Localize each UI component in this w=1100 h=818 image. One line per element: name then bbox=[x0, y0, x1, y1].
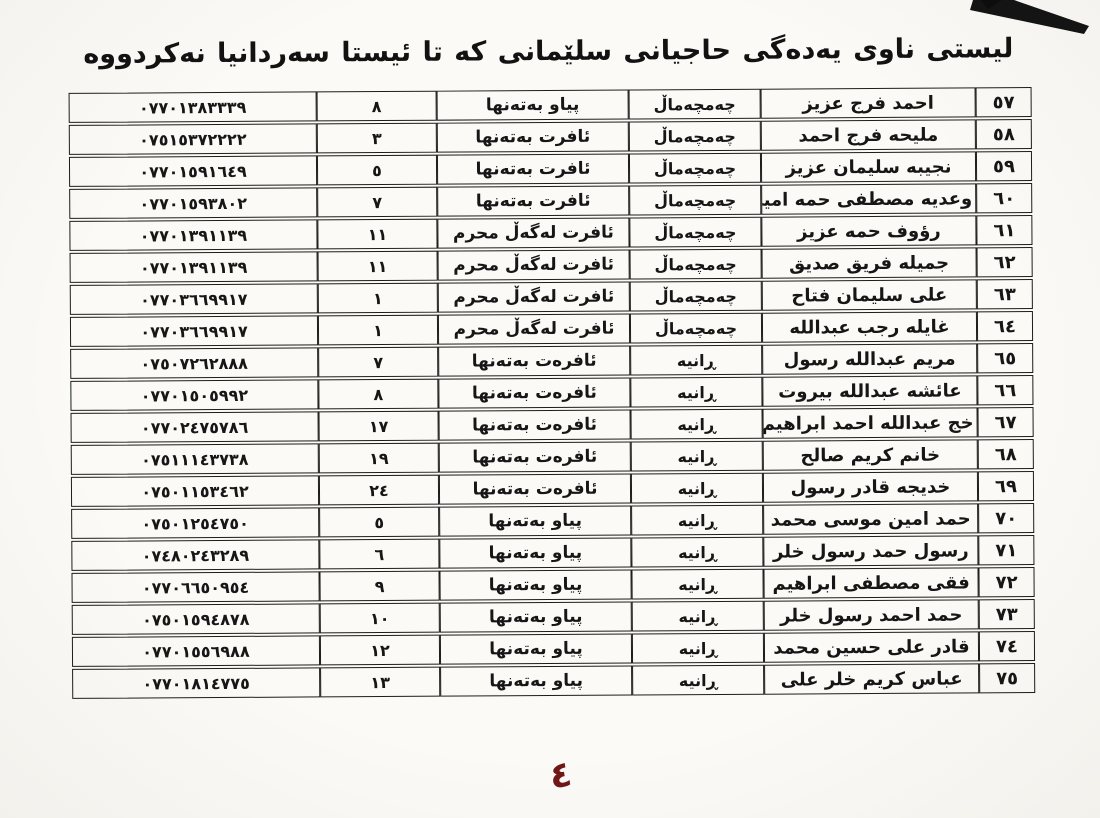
name-cell: خج عبدالله احمد ابراهیم bbox=[763, 407, 978, 438]
phone-cell: ٠٧٥٠٧٢٦٢٨٨٨ bbox=[70, 347, 318, 379]
name-cell: قادر علی حسین محمد bbox=[764, 631, 979, 662]
count-cell: ٣ bbox=[317, 123, 437, 154]
count-cell: ٨ bbox=[317, 91, 437, 122]
name-cell: غایله رجب عبدالله bbox=[762, 311, 977, 342]
table-row: ٧١رسول حمد رسول خلرڕانیەپیاو بەتەنها٦٠٧٤… bbox=[71, 535, 1034, 571]
name-cell: خانم کریم صالح bbox=[763, 439, 978, 470]
row-number-cell: ٥٨ bbox=[976, 119, 1032, 149]
row-number-cell: ٦٢ bbox=[977, 247, 1033, 277]
status-cell: پیاو بەتەنها bbox=[440, 634, 632, 665]
table-row: ٦٢جمیله فریق صدیقچەمچەماڵئافرت لەگەڵ محر… bbox=[70, 247, 1033, 283]
table-row: ٧٣حمد احمد رسول خلرڕانیەپیاو بەتەنها١٠٠٧… bbox=[72, 599, 1035, 635]
table-row: ٦٣علی سلیمان فتاحچەمچەماڵئافرت لەگەڵ محر… bbox=[70, 279, 1033, 315]
name-cell: حمد امین موسی محمد bbox=[763, 503, 978, 534]
count-cell: ١٩ bbox=[319, 443, 439, 474]
name-cell: رسول حمد رسول خلر bbox=[763, 535, 978, 566]
table-row: ٦٨خانم کریم صالحڕانیەئافرەت بەتەنها١٩٠٧٥… bbox=[71, 439, 1034, 475]
city-cell: ڕانیە bbox=[631, 441, 763, 472]
row-number-cell: ٦٨ bbox=[978, 439, 1034, 469]
status-cell: پیاو بەتەنها bbox=[439, 538, 631, 569]
name-cell: مریم عبدالله رسول bbox=[762, 343, 977, 374]
row-number-cell: ٧١ bbox=[978, 535, 1034, 565]
city-cell: ڕانیە bbox=[632, 601, 764, 632]
phone-cell: ٠٧٥٠١٥٩٤٨٧٨ bbox=[72, 603, 320, 635]
count-cell: ١٢ bbox=[320, 635, 440, 666]
table-row: ٧٥عباس کریم خلر علیڕانیەپیاو بەتەنها١٣٠٧… bbox=[72, 663, 1035, 699]
name-cell: عائشه عبدالله بیروت bbox=[762, 375, 977, 406]
handwritten-page-number: ٤ bbox=[528, 751, 593, 800]
city-cell: ڕانیە bbox=[631, 473, 763, 504]
name-cell: احمد فرج عزیز bbox=[761, 87, 976, 118]
name-cell: عباس کریم خلر علی bbox=[764, 663, 979, 694]
city-cell: ڕانیە bbox=[631, 505, 763, 536]
table-row: ٦٦عائشه عبدالله بیروتڕانیەئافرەت بەتەنها… bbox=[70, 375, 1033, 411]
phone-cell: ٠٧٧٠١٨١٤٧٧٥ bbox=[72, 667, 320, 699]
table-row: ٧٤قادر علی حسین محمدڕانیەپیاو بەتەنها١٢٠… bbox=[72, 631, 1035, 667]
city-cell: ڕانیە bbox=[632, 665, 764, 696]
count-cell: ٧ bbox=[317, 187, 437, 218]
count-cell: ٧ bbox=[318, 347, 438, 378]
count-cell: ٢٤ bbox=[319, 475, 439, 506]
name-cell: وعدیه مصطفی حمه امین bbox=[761, 183, 976, 214]
count-cell: ٥ bbox=[317, 155, 437, 186]
row-number-cell: ٥٧ bbox=[976, 87, 1032, 117]
count-cell: ١ bbox=[318, 315, 438, 346]
table-row: ٦١رؤوف حمه عزیزچەمچەماڵئافرت لەگەڵ محرم١… bbox=[69, 215, 1032, 251]
document-title: لیستی ناوی یەدەگی حاجیانی سلێمانی کە تا … bbox=[0, 33, 1098, 71]
table-row: ٥٧احمد فرج عزیزچەمچەماڵپیاو بەتەنها٨٠٧٧٠… bbox=[69, 87, 1032, 123]
count-cell: ١٣ bbox=[320, 667, 440, 698]
phone-cell: ٠٧٧٠٢٤٧٥٧٨٦ bbox=[71, 411, 319, 443]
phone-cell: ٠٧٧٠٣٦٦٩٩١٧ bbox=[70, 315, 318, 347]
city-cell: ڕانیە bbox=[631, 537, 763, 568]
status-cell: ئافرەت بەتەنها bbox=[439, 442, 631, 473]
status-cell: ئافرت بەتەنها bbox=[437, 186, 629, 217]
table-row: ٥٩نجیبه سلیمان عزیزچەمچەماڵئافرت بەتەنها… bbox=[69, 151, 1032, 187]
phone-cell: ٠٧٧٠١٥٩٣٨٠٢ bbox=[69, 187, 317, 219]
row-number-cell: ٧٥ bbox=[979, 663, 1035, 693]
city-cell: ڕانیە bbox=[630, 377, 762, 408]
phone-cell: ٠٧٧٠١٥٠٥٩٩٢ bbox=[70, 379, 318, 411]
row-number-cell: ٧٤ bbox=[979, 631, 1035, 661]
row-number-cell: ٦٦ bbox=[977, 375, 1033, 405]
status-cell: پیاو بەتەنها bbox=[439, 570, 631, 601]
status-cell: ئافرت لەگەڵ محرم bbox=[438, 282, 630, 313]
count-cell: ٥ bbox=[319, 507, 439, 538]
name-cell: خدیجه قادر رسول bbox=[763, 471, 978, 502]
city-cell: چەمچەماڵ bbox=[630, 249, 762, 280]
phone-cell: ٠٧٥٠١١٥٣٤٦٢ bbox=[71, 475, 319, 507]
status-cell: ئافرت لەگەڵ محرم bbox=[438, 314, 630, 345]
city-cell: چەمچەماڵ bbox=[629, 217, 761, 248]
row-number-cell: ٦٧ bbox=[977, 407, 1033, 437]
status-cell: ئافرت بەتەنها bbox=[437, 122, 629, 153]
row-number-cell: ٦٠ bbox=[976, 183, 1032, 213]
status-cell: ئافرەت بەتەنها bbox=[439, 474, 631, 505]
status-cell: ئافرەت بەتەنها bbox=[439, 410, 631, 441]
table-row: ٧٢فقی مصطفی ابراهیمڕانیەپیاو بەتەنها٩٠٧٧… bbox=[71, 567, 1034, 603]
count-cell: ٨ bbox=[318, 379, 438, 410]
phone-cell: ٠٧٥١١١٤٣٧٣٨ bbox=[71, 443, 319, 475]
row-number-cell: ٦٤ bbox=[977, 311, 1033, 341]
row-number-cell: ٦٥ bbox=[977, 343, 1033, 373]
status-cell: ئافرەت بەتەنها bbox=[438, 346, 630, 377]
status-cell: پیاو بەتەنها bbox=[440, 602, 632, 633]
row-number-cell: ٦١ bbox=[976, 215, 1032, 245]
phone-cell: ٠٧٧٠١٣٩١١٣٩ bbox=[70, 251, 318, 283]
phone-cell: ٠٧٥٠١٢٥٤٧٥٠ bbox=[71, 507, 319, 539]
city-cell: چەمچەماڵ bbox=[630, 313, 762, 344]
count-cell: ٦ bbox=[319, 539, 439, 570]
status-cell: ئافرەت بەتەنها bbox=[438, 378, 630, 409]
row-number-cell: ٧٢ bbox=[978, 567, 1034, 597]
count-cell: ٩ bbox=[319, 571, 439, 602]
phone-cell: ٠٧٧٠١٣٨٣٣٣٩ bbox=[69, 91, 317, 123]
status-cell: پیاو بەتەنها bbox=[437, 90, 629, 121]
count-cell: ١٧ bbox=[319, 411, 439, 442]
phone-cell: ٠٧٧٠١٥٩١٦٤٩ bbox=[69, 155, 317, 187]
city-cell: ڕانیە bbox=[631, 569, 763, 600]
city-cell: ڕانیە bbox=[632, 633, 764, 664]
row-number-cell: ٧٠ bbox=[978, 503, 1034, 533]
city-cell: چەمچەماڵ bbox=[629, 89, 761, 120]
status-cell: ئافرت لەگەڵ محرم bbox=[438, 250, 630, 281]
name-cell: علی سلیمان فتاح bbox=[762, 279, 977, 310]
phone-cell: ٠٧٧٠٦٦٥٠٩٥٤ bbox=[71, 571, 319, 603]
hajji-table-body: ٥٧احمد فرج عزیزچەمچەماڵپیاو بەتەنها٨٠٧٧٠… bbox=[69, 87, 1036, 699]
table-row: ٦٤غایله رجب عبداللهچەمچەماڵئافرت لەگەڵ م… bbox=[70, 311, 1033, 347]
phone-cell: ٠٧٧٠١٣٩١١٣٩ bbox=[69, 219, 317, 251]
table-row: ٦٩خدیجه قادر رسولڕانیەئافرەت بەتەنها٢٤٠٧… bbox=[71, 471, 1034, 507]
name-cell: رؤوف حمه عزیز bbox=[761, 215, 976, 246]
status-cell: پیاو بەتەنها bbox=[440, 666, 632, 697]
hajji-list-table: ٥٧احمد فرج عزیزچەمچەماڵپیاو بەتەنها٨٠٧٧٠… bbox=[69, 85, 1036, 701]
count-cell: ١ bbox=[318, 283, 438, 314]
city-cell: چەمچەماڵ bbox=[630, 281, 762, 312]
phone-cell: ٠٧٥١٥٣٧٢٢٢٢ bbox=[69, 123, 317, 155]
name-cell: جمیله فریق صدیق bbox=[762, 247, 977, 278]
count-cell: ١١ bbox=[318, 251, 438, 282]
city-cell: ڕانیە bbox=[631, 409, 763, 440]
city-cell: چەمچەماڵ bbox=[629, 121, 761, 152]
scan-content: لیستی ناوی یەدەگی حاجیانی سلێمانی کە تا … bbox=[0, 0, 1100, 818]
status-cell: ئافرت بەتەنها bbox=[437, 154, 629, 185]
status-cell: پیاو بەتەنها bbox=[439, 506, 631, 537]
row-number-cell: ٦٣ bbox=[977, 279, 1033, 309]
count-cell: ١٠ bbox=[320, 603, 440, 634]
row-number-cell: ٧٣ bbox=[979, 599, 1035, 629]
table-row: ٦٥مریم عبدالله رسولڕانیەئافرەت بەتەنها٧٠… bbox=[70, 343, 1033, 379]
city-cell: ڕانیە bbox=[630, 345, 762, 376]
name-cell: نجیبه سلیمان عزیز bbox=[761, 151, 976, 182]
phone-cell: ٠٧٧٠١٥٥٦٩٨٨ bbox=[72, 635, 320, 667]
status-cell: ئافرت لەگەڵ محرم bbox=[437, 218, 629, 249]
row-number-cell: ٦٩ bbox=[978, 471, 1034, 501]
phone-cell: ٠٧٤٨٠٢٤٣٢٨٩ bbox=[71, 539, 319, 571]
count-cell: ١١ bbox=[317, 219, 437, 250]
table-row: ٦٠وعدیه مصطفی حمه امینچەمچەماڵئافرت بەتە… bbox=[69, 183, 1032, 219]
city-cell: چەمچەماڵ bbox=[629, 153, 761, 184]
name-cell: ملیحه فرج احمد bbox=[761, 119, 976, 150]
name-cell: حمد احمد رسول خلر bbox=[764, 599, 979, 630]
table-row: ٧٠حمد امین موسی محمدڕانیەپیاو بەتەنها٥٠٧… bbox=[71, 503, 1034, 539]
phone-cell: ٠٧٧٠٣٦٦٩٩١٧ bbox=[70, 283, 318, 315]
name-cell: فقی مصطفی ابراهیم bbox=[763, 567, 978, 598]
table-row: ٦٧خج عبدالله احمد ابراهیمڕانیەئافرەت بەت… bbox=[71, 407, 1034, 443]
table-row: ٥٨ملیحه فرج احمدچەمچەماڵئافرت بەتەنها٣٠٧… bbox=[69, 119, 1032, 155]
row-number-cell: ٥٩ bbox=[976, 151, 1032, 181]
city-cell: چەمچەماڵ bbox=[629, 185, 761, 216]
scanned-document-page: لیستی ناوی یەدەگی حاجیانی سلێمانی کە تا … bbox=[0, 0, 1100, 818]
